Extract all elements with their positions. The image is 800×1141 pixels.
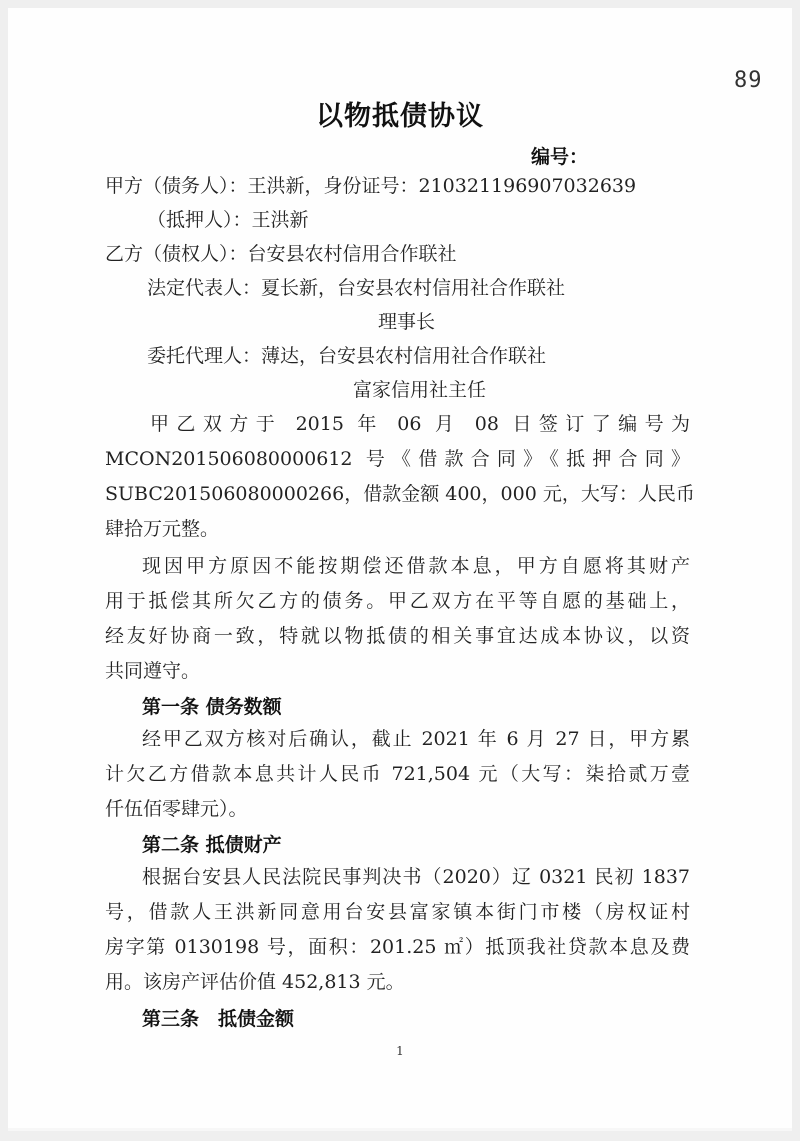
- article-1-line: 计欠乙方借款本息共计人民币 721,504 元（大写：柒拾贰万壹: [105, 762, 690, 786]
- reason-line: 用于抵偿其所欠乙方的债务。甲乙双方在平等自愿的基础上，: [105, 589, 690, 613]
- page-edge-divider: [8, 1128, 792, 1131]
- article-2-line: 用。该房产评估价值 452,813 元。: [105, 970, 405, 994]
- article-2-heading: 第二条 抵债财产: [142, 830, 282, 857]
- footer-page-number: 1: [8, 1044, 792, 1058]
- preamble-line: MCON201506080000612 号《借款合同》《抵押合同》: [105, 447, 690, 471]
- handwritten-page-number: 89: [734, 68, 763, 93]
- article-1-line: 仟伍佰零肆元）。: [105, 797, 248, 821]
- article-2-line: 号，借款人王洪新同意用台安县富家镇本街门市楼（房权证村: [105, 900, 690, 924]
- party-a-debtor: 甲方（债务人）：王洪新，身份证号：210321196907032639: [105, 174, 636, 198]
- reason-line: 共同遵守。: [105, 659, 200, 683]
- preamble-line: 甲乙双方于 2015 年 06 月 08 日签订了编号为: [150, 412, 690, 436]
- authorized-agent: 委托代理人：薄达，台安县农村信用社合作联社: [147, 344, 546, 368]
- document-title: 以物抵债协议: [8, 94, 792, 133]
- article-2-line: 房字第 0130198 号，面积：201.25 ㎡）抵顶我社贷款本息及费: [105, 935, 690, 959]
- preamble-line: SUBC201506080000266，借款金额 400，000 元，大写：人民…: [105, 482, 690, 506]
- party-b-creditor: 乙方（债权人）：台安县农村信用合作联社: [105, 242, 457, 266]
- article-2-line: 根据台安县人民法院民事判决书（2020）辽 0321 民初 1837: [142, 865, 690, 889]
- article-3-heading: 第三条 抵债金额: [142, 1004, 294, 1031]
- preamble-line: 肆拾万元整。: [105, 517, 219, 541]
- article-1-heading: 第一条 债务数额: [142, 692, 282, 719]
- document-number-label: 编号：: [531, 142, 588, 169]
- legal-representative: 法定代表人：夏长新，台安县农村信用社合作联社: [147, 276, 565, 300]
- document-page: 89 以物抵债协议 编号： 甲方（债务人）：王洪新，身份证号：210321196…: [8, 8, 792, 1130]
- party-a-mortgagor: （抵押人）：王洪新: [147, 208, 309, 232]
- reason-line: 经友好协商一致，特就以物抵债的相关事宜达成本协议，以资: [105, 624, 690, 648]
- reason-line: 现因甲方原因不能按期偿还借款本息，甲方自愿将其财产: [142, 554, 690, 578]
- article-1-line: 经甲乙双方核对后确认，截止 2021 年 6 月 27 日，甲方累: [142, 727, 690, 751]
- authorized-agent-title: 富家信用社主任: [353, 378, 486, 402]
- legal-representative-title: 理事长: [378, 310, 435, 334]
